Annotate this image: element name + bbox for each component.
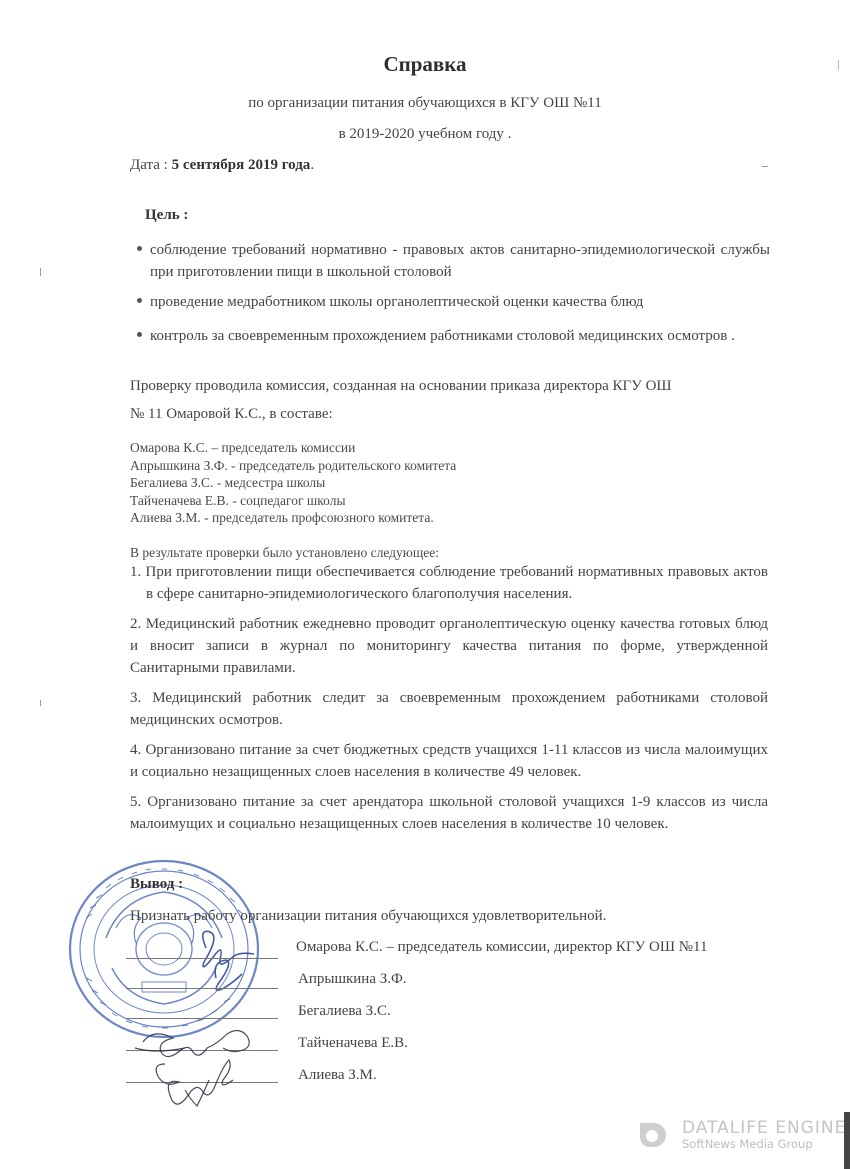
signatory-name: Апрышкина З.Ф. [298, 971, 407, 988]
finding-number: 2. [130, 616, 141, 632]
handwritten-signature-icon [125, 1020, 285, 1110]
finding-text: Медицинский работник следит за своевреме… [130, 690, 768, 728]
commission-members-list: Омарова К.С. – председатель комиссии Апр… [130, 439, 456, 527]
watermark-title: DATALIFE ENGINE [682, 1118, 846, 1138]
signatory-name: Омарова К.С. – председатель комиссии, ди… [296, 939, 707, 956]
finding-item: 4. Организовано питание за счет бюджетны… [130, 739, 768, 783]
findings-intro: В результате проверки было установлено с… [130, 544, 439, 562]
signature-line [126, 988, 278, 989]
finding-item: 3. Медицинский работник следит за своевр… [130, 687, 768, 731]
commission-intro-line2: № 11 Омаровой К.С., в составе: [130, 406, 333, 423]
watermark-subtitle: SoftNews Media Group [682, 1137, 813, 1151]
signatory-name: Алиева З.М. [298, 1067, 377, 1084]
finding-number: 5. [130, 794, 141, 810]
commission-intro-line1: Проверку проводила комиссия, созданная н… [130, 378, 672, 395]
goal-text: проведение медработником школы органолеп… [150, 291, 770, 313]
finding-text: Организовано питание за счет бюджетных с… [130, 742, 768, 780]
scan-edge [844, 1112, 850, 1169]
commission-member: Апрышкина З.Ф. - председатель родительск… [130, 457, 456, 475]
finding-text: Медицинский работник ежедневно проводит … [130, 616, 768, 676]
bullet-icon [137, 298, 142, 303]
bullet-icon [137, 332, 142, 337]
commission-member: Алиева З.М. - председатель профсоюзного … [130, 509, 456, 527]
finding-text: При приготовлении пищи обеспечивается со… [146, 564, 768, 602]
signature-line [126, 1018, 278, 1019]
goal-text: соблюдение требований нормативно - право… [150, 239, 770, 283]
signature-line [126, 958, 278, 959]
commission-member: Тайченачева Е.В. - соцпедагог школы [130, 492, 456, 510]
goal-item: соблюдение требований нормативно - право… [130, 239, 770, 283]
finding-number: 3. [130, 690, 141, 706]
document-subtitle-line2: в 2019-2020 учебном году . [0, 126, 850, 143]
goal-text: контроль за своевременным прохождением р… [150, 325, 770, 347]
signatory-name: Бегалиева З.С. [298, 1003, 391, 1020]
finding-item: 5. Организовано питание за счет арендато… [130, 791, 768, 835]
margin-mark [762, 166, 768, 167]
finding-number: 4. [130, 742, 141, 758]
finding-item: 1. При приготовлении пищи обеспечивается… [130, 561, 768, 605]
conclusion-heading: Вывод : [130, 876, 183, 893]
finding-text: Организовано питание за счет арендатора … [130, 794, 768, 832]
date-value: 5 сентября 2019 года [172, 157, 311, 173]
document-page: Справка по организации питания обучающих… [0, 0, 850, 1169]
commission-member: Бегалиева З.С. - медсестра школы [130, 474, 456, 492]
bullet-icon [137, 246, 142, 251]
document-title: Справка [0, 52, 850, 77]
commission-member: Омарова К.С. – председатель комиссии [130, 439, 456, 457]
datalife-logo-icon [636, 1120, 668, 1150]
finding-number: 1. [130, 564, 141, 580]
date-line: Дата : 5 сентября 2019 года. [130, 157, 314, 174]
finding-item: 2. Медицинский работник ежедневно провод… [130, 613, 768, 679]
document-subtitle-line1: по организации питания обучающихся в КГУ… [0, 95, 850, 112]
conclusion-text: Признать работу организации питания обуч… [130, 908, 606, 925]
goal-heading: Цель : [145, 207, 188, 224]
date-suffix: . [310, 157, 314, 173]
goal-item: контроль за своевременным прохождением р… [130, 325, 770, 347]
signatory-name: Тайченачева Е.В. [298, 1035, 408, 1052]
margin-mark [40, 700, 41, 706]
watermark: DATALIFE ENGINE SoftNews Media Group [636, 1118, 836, 1152]
date-label: Дата : [130, 157, 172, 173]
margin-mark [40, 268, 41, 276]
goal-item: проведение медработником школы органолеп… [130, 291, 770, 313]
